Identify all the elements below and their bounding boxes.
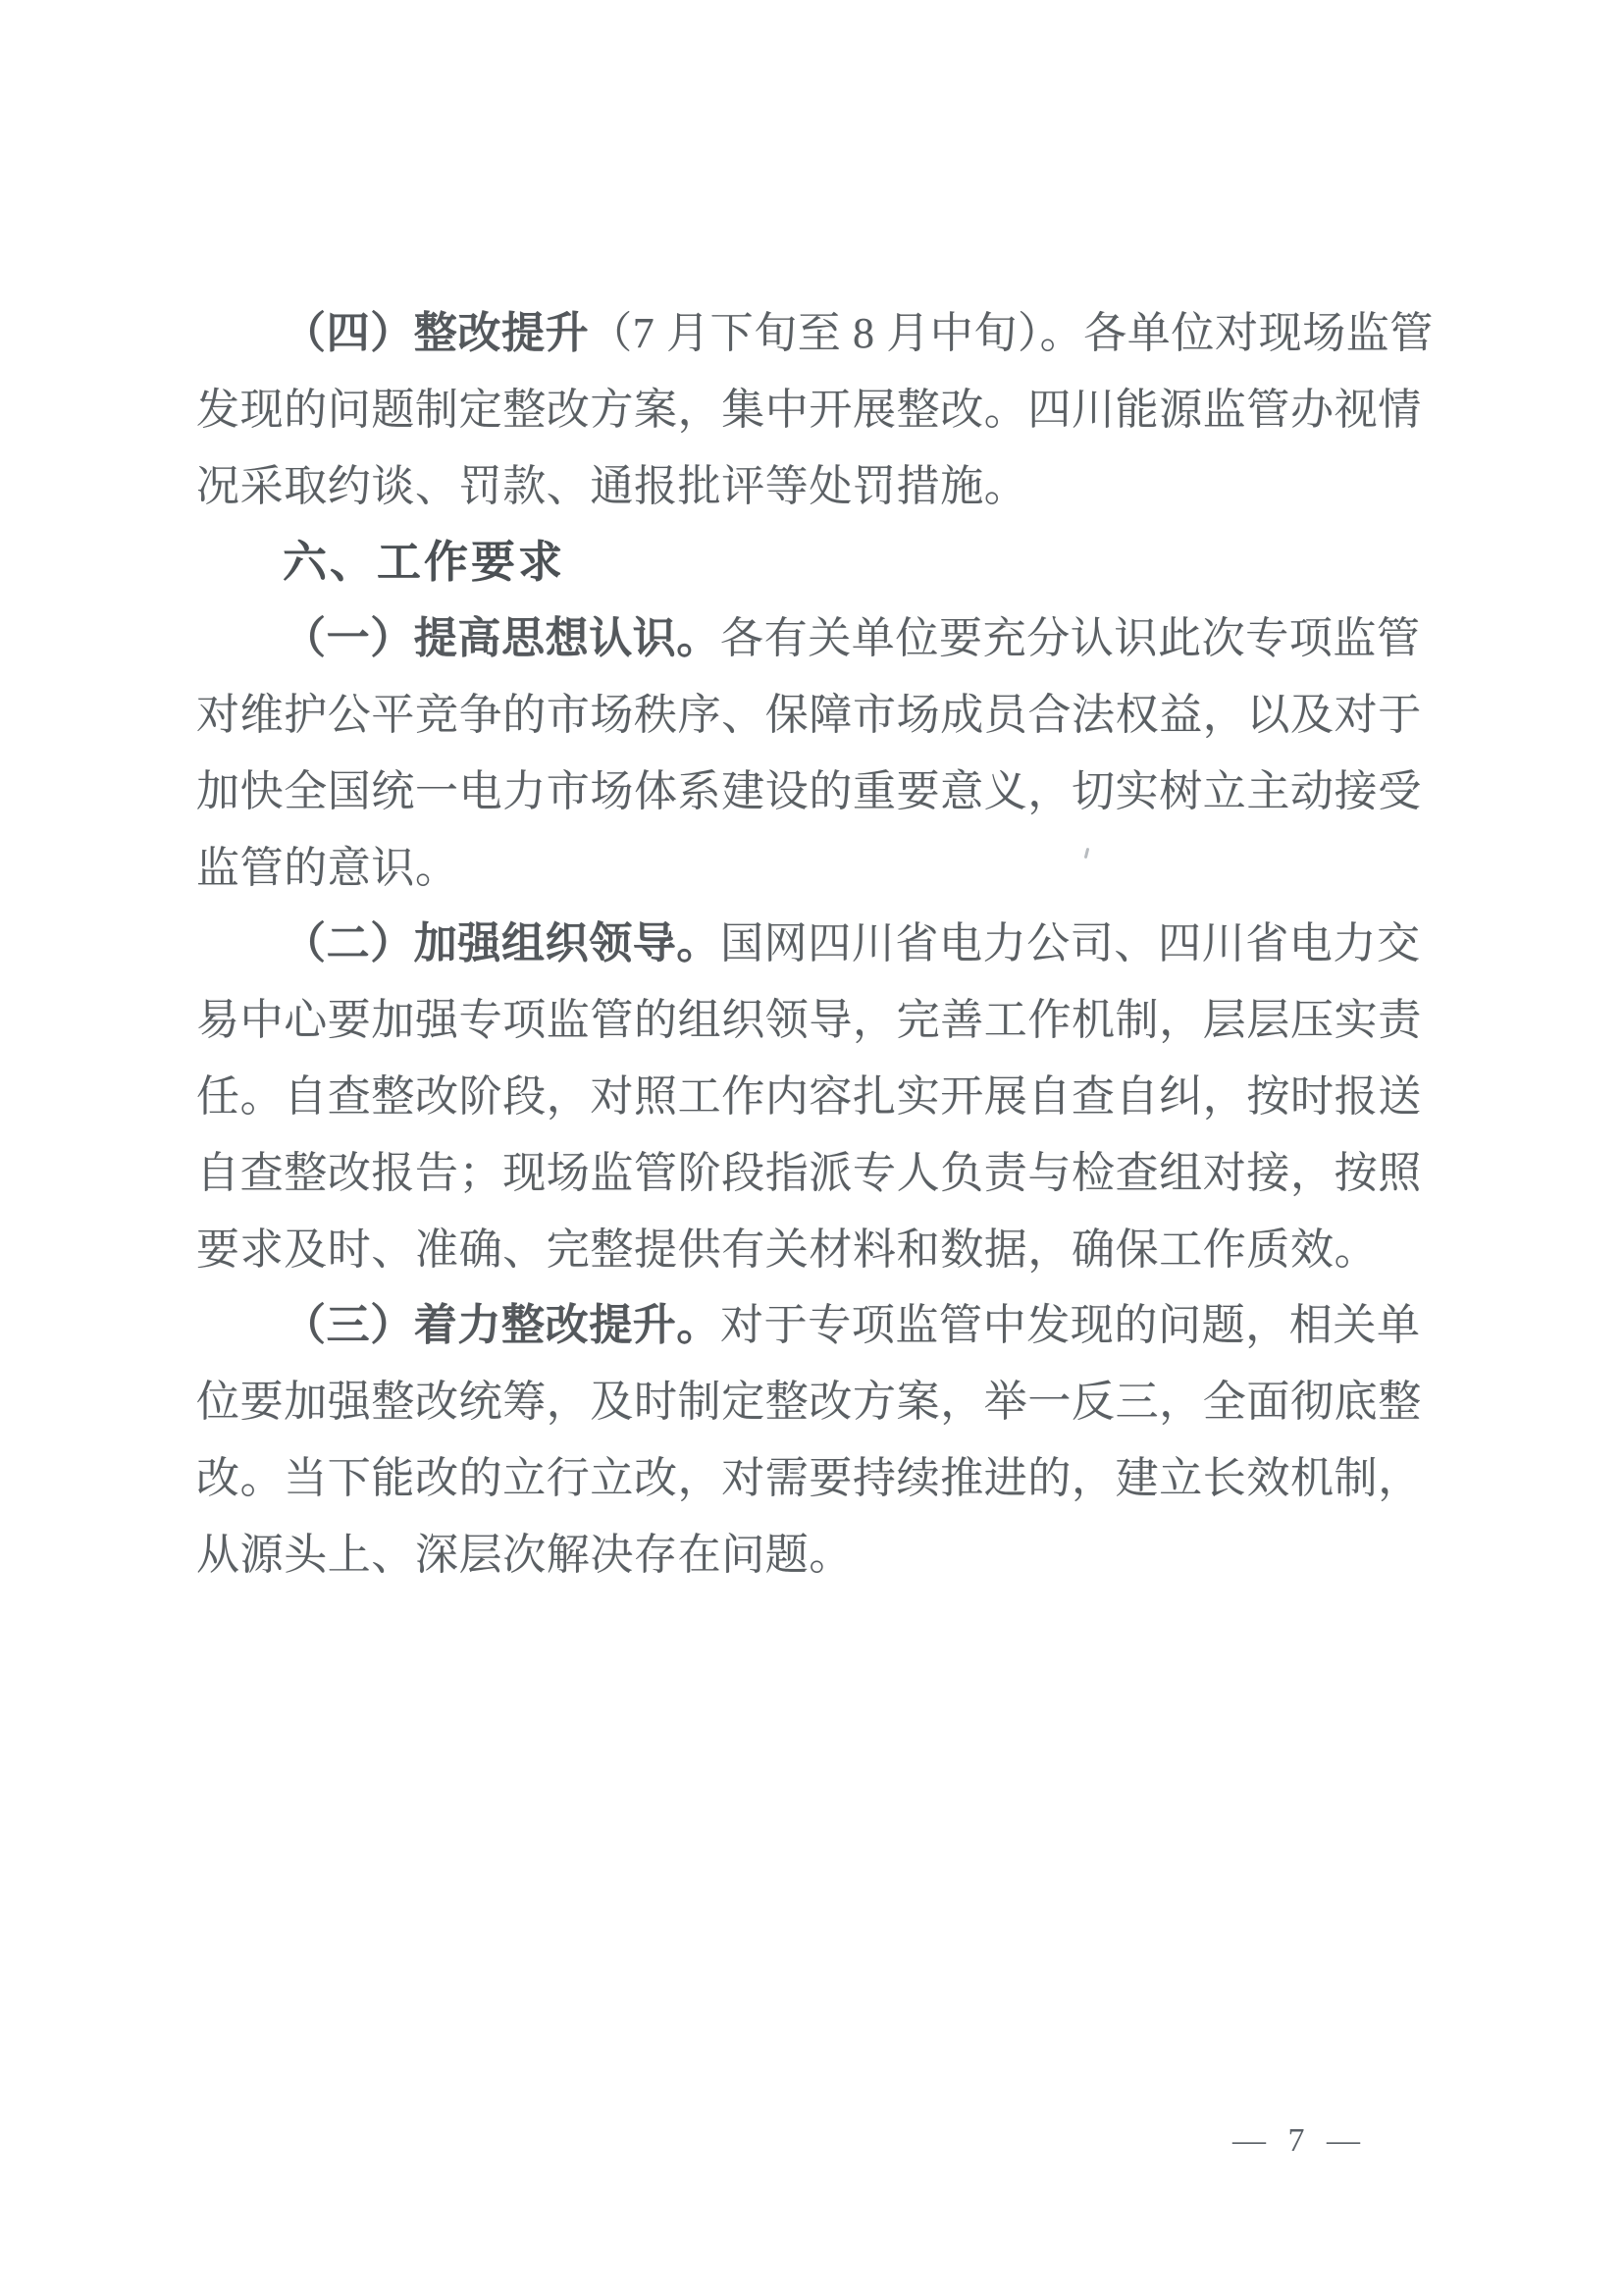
body-text: 易中心要加强专项监管的组织领导，完善工作机制，层层压实责	[196, 996, 1422, 1044]
body-text: 发现的问题制定整改方案，集中开展整改。四川能源监管办视情	[196, 386, 1422, 434]
body-text: 国网四川省电力公司、四川省电力交	[720, 919, 1421, 967]
paragraph-lead: （三）着力整改提升。	[283, 1301, 720, 1349]
text-line: （二）加强组织领导。国网四川省电力公司、四川省电力交	[196, 906, 1433, 982]
body-text: （7 月下旬至 8 月中旬）。各单位对现场监管	[589, 309, 1434, 357]
text-line: 加快全国统一电力市场体系建设的重要意义，切实树立主动接受	[196, 754, 1433, 830]
paragraph-lead: （二）加强组织领导。	[283, 919, 720, 967]
document-page: （四）整改提升（7 月下旬至 8 月中旬）。各单位对现场监管 发现的问题制定整改…	[0, 0, 1623, 2296]
body-text: 加快全国统一电力市场体系建设的重要意义，切实树立主动接受	[196, 767, 1422, 815]
body-text: 改。当下能改的立行立改，对需要持续推进的，建立长效机制，	[196, 1454, 1422, 1502]
text-line: 易中心要加强专项监管的组织领导，完善工作机制，层层压实责	[196, 982, 1433, 1059]
body-text: 自查整改报告；现场监管阶段指派专人负责与检查组对接，按照	[196, 1149, 1422, 1197]
text-line: 从源头上、深层次解决存在问题。	[196, 1517, 1433, 1593]
section-heading-text: 六、工作要求	[283, 537, 565, 587]
section-heading: 六、工作要求	[196, 524, 1433, 600]
text-line: （三）着力整改提升。对于专项监管中发现的问题，相关单	[196, 1287, 1433, 1364]
body-text: 要求及时、准确、完整提供有关材料和数据，确保工作质效。	[196, 1226, 1378, 1274]
body-text: 对维护公平竞争的市场秩序、保障市场成员合法权益，以及对于	[196, 691, 1422, 739]
text-line: （四）整改提升（7 月下旬至 8 月中旬）。各单位对现场监管	[196, 295, 1433, 372]
paragraph-lead: （四）整改提升	[283, 309, 589, 357]
text-line: 要求及时、准确、完整提供有关材料和数据，确保工作质效。	[196, 1212, 1433, 1288]
body-text: 对于专项监管中发现的问题，相关单	[720, 1301, 1421, 1349]
text-line: 自查整改报告；现场监管阶段指派专人负责与检查组对接，按照	[196, 1135, 1433, 1212]
text-line: 况采取约谈、罚款、通报批评等处罚措施。	[196, 448, 1433, 525]
body-text: 监管的意识。	[196, 844, 459, 892]
body-text: 各有关单位要充分认识此次专项监管	[720, 614, 1421, 662]
text-line: 对维护公平竞争的市场秩序、保障市场成员合法权益，以及对于	[196, 677, 1433, 754]
body-text: 位要加强整改统筹，及时制定整改方案，举一反三，全面彻底整	[196, 1378, 1422, 1426]
text-line: 监管的意识。	[196, 830, 1433, 907]
text-line: 位要加强整改统筹，及时制定整改方案，举一反三，全面彻底整	[196, 1364, 1433, 1440]
page-number: — 7 —	[1232, 2121, 1367, 2161]
text-line: （一）提高思想认识。各有关单位要充分认识此次专项监管	[196, 600, 1433, 677]
paragraph-lead: （一）提高思想认识。	[283, 614, 720, 662]
text-line: 任。自查整改阶段，对照工作内容扎实开展自查自纠，按时报送	[196, 1059, 1433, 1135]
body-text: 况采取约谈、罚款、通报批评等处罚措施。	[196, 462, 1027, 510]
body-text: 任。自查整改阶段，对照工作内容扎实开展自查自纠，按时报送	[196, 1072, 1422, 1121]
text-line: 改。当下能改的立行立改，对需要持续推进的，建立长效机制，	[196, 1440, 1433, 1517]
text-line: 发现的问题制定整改方案，集中开展整改。四川能源监管办视情	[196, 372, 1433, 448]
body-text: 从源头上、深层次解决存在问题。	[196, 1531, 853, 1579]
document-body: （四）整改提升（7 月下旬至 8 月中旬）。各单位对现场监管 发现的问题制定整改…	[196, 295, 1433, 1593]
